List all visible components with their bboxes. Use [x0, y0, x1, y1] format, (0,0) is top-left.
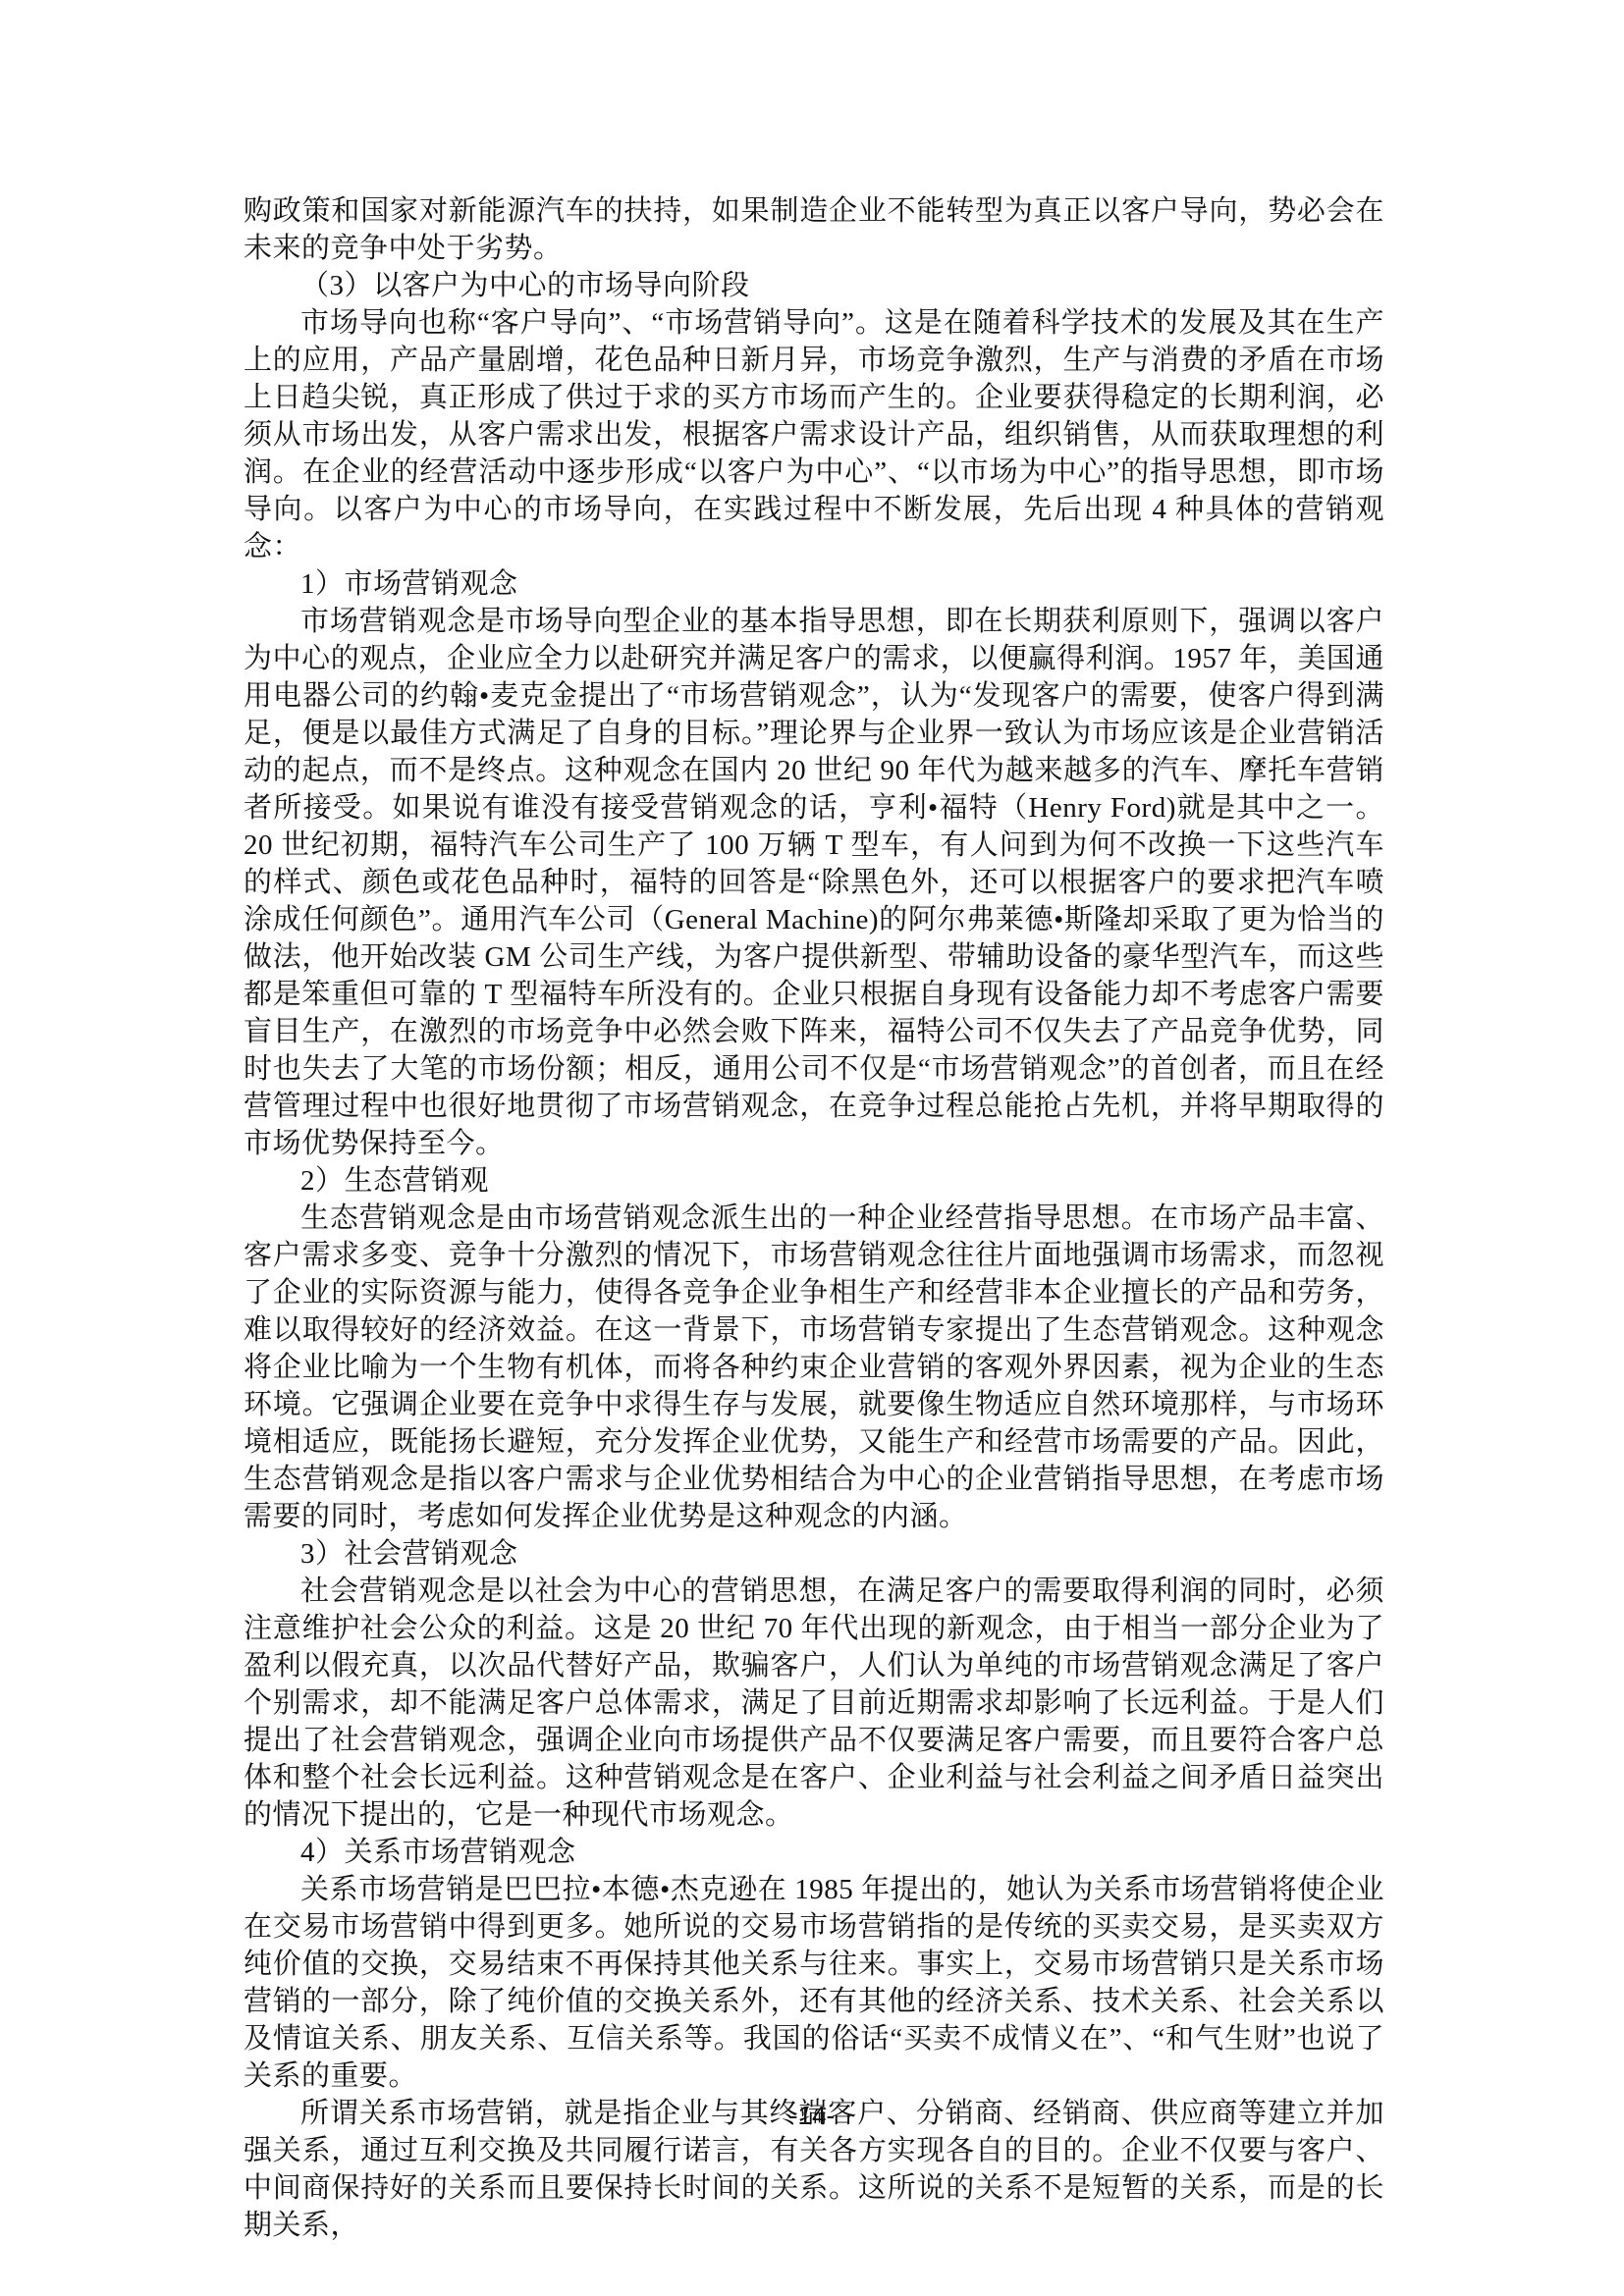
body-paragraph: 购政策和国家对新能源汽车的扶持，如果制造企业不能转型为真正以客户导向，势必会在未… — [244, 192, 1384, 267]
body-paragraph: 社会营销观念是以社会为中心的营销思想，在满足客户的需要取得利润的同时，必须注意维… — [244, 1573, 1384, 1834]
body-paragraph: 生态营销观念是由市场营销观念派生出的一种企业经营指导思想。在市场产品丰富、客户需… — [244, 1200, 1384, 1535]
text-block: 购政策和国家对新能源汽车的扶持，如果制造企业不能转型为真正以客户导向，势必会在未… — [244, 192, 1384, 2244]
section-heading: 2）生态营销观 — [244, 1162, 1384, 1200]
section-heading: （3）以客户为中心的市场导向阶段 — [244, 267, 1384, 304]
body-paragraph: 市场营销观念是市场导向型企业的基本指导思想，即在长期获利原则下，强调以客户为中心… — [244, 603, 1384, 1162]
body-paragraph: 关系市场营销是巴巴拉•本德•杰克逊在 1985 年提出的，她认为关系市场营销将使… — [244, 1871, 1384, 2095]
section-heading: 1）市场营销观念 — [244, 565, 1384, 603]
page-number: -14- — [0, 2099, 1624, 2132]
section-heading: 3）社会营销观念 — [244, 1535, 1384, 1573]
document-page: 购政策和国家对新能源汽车的扶持，如果制造企业不能转型为真正以客户导向，势必会在未… — [0, 0, 1624, 2296]
section-heading: 4）关系市场营销观念 — [244, 1834, 1384, 1871]
body-paragraph: 市场导向也称“客户导向”、“市场营销导向”。这是在随着科学技术的发展及其在生产上… — [244, 304, 1384, 565]
